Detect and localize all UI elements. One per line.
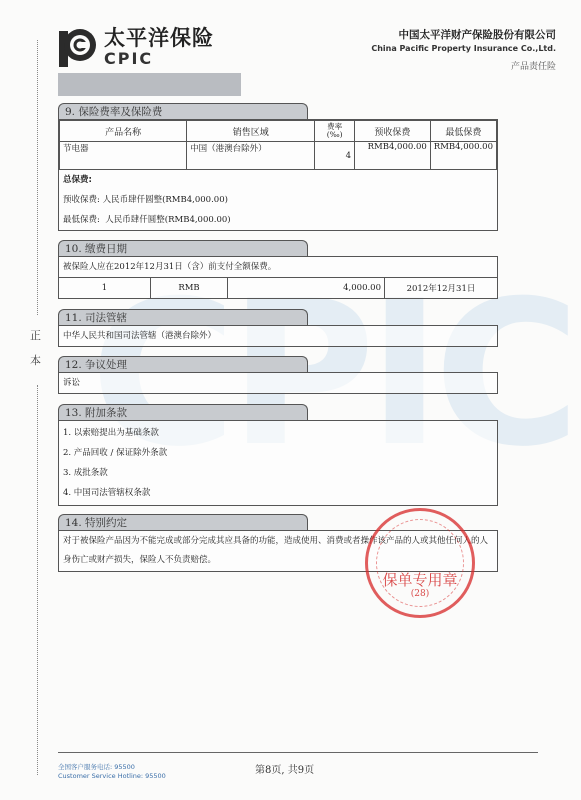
cell-region: 中国（港澳台除外） <box>187 142 315 170</box>
page-number: 第8页, 共9页 <box>255 761 314 776</box>
cell-rate: 4 <box>315 142 355 170</box>
advance-premium-line: 预收保费: 人民币肆仟圆整(RMB4,000.00) <box>59 190 497 210</box>
company-name-cn: 中国太平洋财产保险股份有限公司 <box>371 27 556 42</box>
cell-product: 节电器 <box>60 142 187 170</box>
product-type: 产品责任险 <box>371 59 556 72</box>
section-clauses: 13. 附加条款 1. 以索赔提出为基础条款 2. 产品回收 / 保证除外条款 … <box>58 404 498 506</box>
cpic-logo: 太平洋保险 CPIC <box>58 22 238 72</box>
header-gray-bar <box>58 73 241 96</box>
hotline-cn: 全国客户服务电话: 95500 <box>58 762 135 771</box>
minimum-premium-line: 最低保费: 人民币肆仟圆整(RMB4,000.00) <box>59 210 497 230</box>
stamp-title: 保单专用章 <box>368 569 472 590</box>
company-info: 中国太平洋财产保险股份有限公司 China Pacific Property I… <box>371 27 556 72</box>
logo-cn-text: 太平洋保险 <box>104 26 214 50</box>
section-title: 11. 司法管辖 <box>58 309 308 325</box>
dispute-text: 诉讼 <box>59 373 497 393</box>
payment-table: 1 RMB 4,000.00 2012年12月31日 <box>59 278 497 298</box>
binding-dotted-line <box>37 40 38 315</box>
jurisdiction-text: 中华人民共和国司法管辖（港澳台除外） <box>59 326 497 346</box>
col-region: 销售区域 <box>187 121 315 142</box>
side-label-ben: 本 <box>30 352 41 368</box>
section-dispute: 12. 争议处理 诉讼 <box>58 356 498 394</box>
table-row: 节电器 中国（港澳台除外） 4 RMB4,000.00 RMB4,000.00 <box>60 142 497 170</box>
payment-note: 被保险人应在2012年12月31日（含）前支付全额保费。 <box>59 257 497 278</box>
side-label-zheng: 正 <box>30 327 41 343</box>
logo-en-text: CPIC <box>104 50 214 68</box>
cpic-logo-icon <box>58 25 98 69</box>
col-product: 产品名称 <box>60 121 187 142</box>
clause-item: 2. 产品回收 / 保证除外条款 <box>59 443 497 463</box>
section-payment: 10. 缴费日期 被保险人应在2012年12月31日（含）前支付全额保费。 1 … <box>58 240 498 299</box>
col-minimum-premium: 最低保费 <box>430 121 496 142</box>
footer-divider <box>58 752 538 753</box>
section-title: 9. 保险费率及保险费 <box>58 103 308 119</box>
cell-amount: 4,000.00 <box>228 278 385 298</box>
stamp-number: (28) <box>368 589 472 599</box>
cell-installment: 1 <box>59 278 151 298</box>
col-advance-premium: 预收保费 <box>355 121 431 142</box>
cell-minimum-premium: RMB4,000.00 <box>430 142 496 170</box>
total-premium-label: 总保费: <box>59 170 497 190</box>
company-name-en: China Pacific Property Insurance Co.,Ltd… <box>371 44 556 53</box>
cell-advance-premium: RMB4,000.00 <box>355 142 431 170</box>
policy-seal-stamp: 保单专用章 (28) <box>365 508 475 618</box>
section-title: 14. 特别约定 <box>58 514 308 530</box>
hotline-en: Customer Service Hotline: 95500 <box>58 772 166 780</box>
clause-item: 1. 以索赔提出为基础条款 <box>59 423 497 443</box>
section-title: 12. 争议处理 <box>58 356 308 372</box>
section-jurisdiction: 11. 司法管辖 中华人民共和国司法管辖（港澳台除外） <box>58 309 498 347</box>
premium-table: 产品名称 销售区域 费率(‰) 预收保费 最低保费 节电器 中国（港澳台除外） … <box>59 120 497 170</box>
cell-currency: RMB <box>151 278 228 298</box>
table-row: 1 RMB 4,000.00 2012年12月31日 <box>59 278 497 298</box>
section-premium: 9. 保险费率及保险费 产品名称 销售区域 费率(‰) 预收保费 最低保费 节电… <box>58 103 498 231</box>
section-title: 13. 附加条款 <box>58 404 308 420</box>
cell-date: 2012年12月31日 <box>385 278 498 298</box>
section-title: 10. 缴费日期 <box>58 240 308 256</box>
clause-item: 3. 成批条款 <box>59 463 497 483</box>
binding-dotted-line <box>37 385 38 775</box>
col-rate: 费率(‰) <box>315 121 355 142</box>
clause-item: 4. 中国司法管辖权条款 <box>59 483 497 503</box>
